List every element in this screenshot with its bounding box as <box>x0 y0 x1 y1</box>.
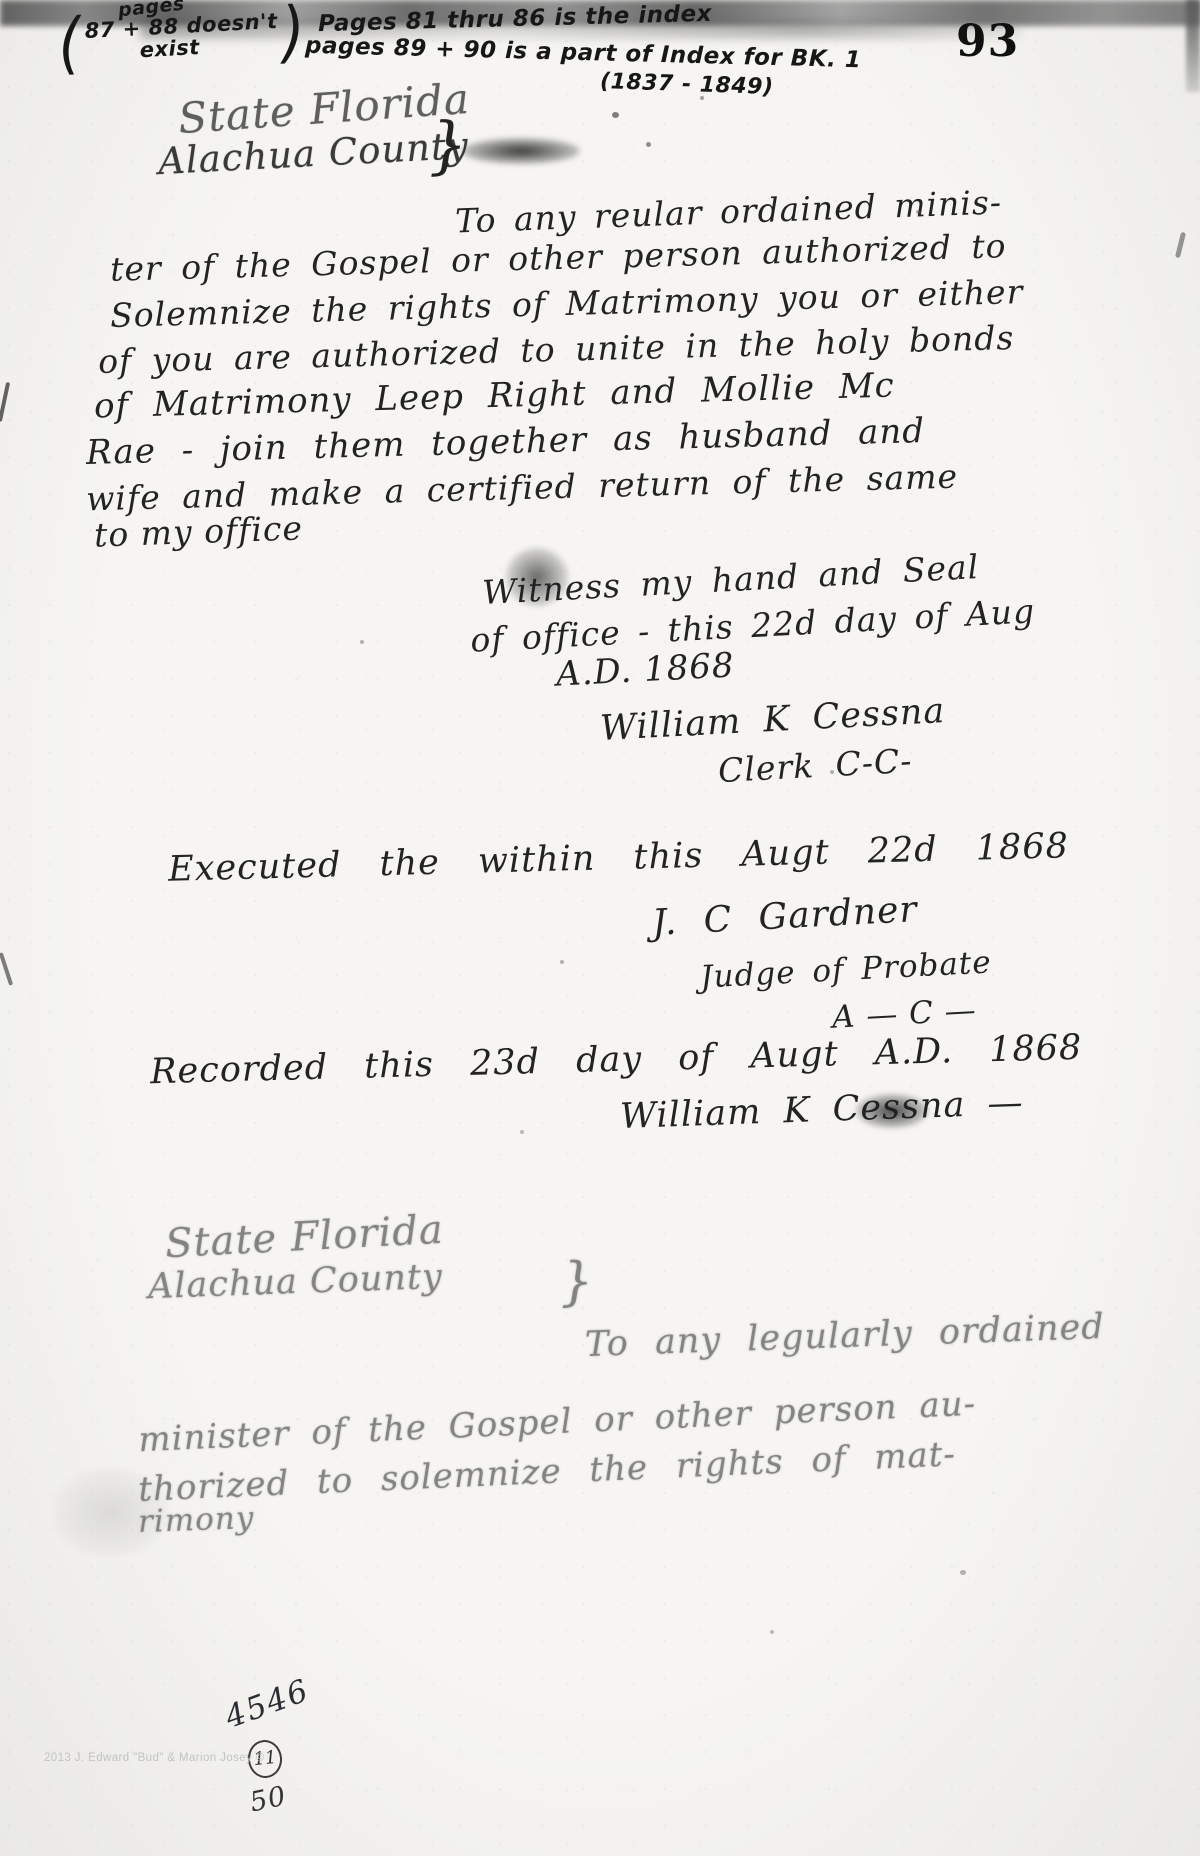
scan-edge-right <box>1186 0 1200 92</box>
ink-speck <box>520 1130 524 1134</box>
archive-number: 4546 <box>220 1672 314 1736</box>
clerk-title: Clerk C-C- <box>717 741 913 790</box>
margin-note-index-line2: pages 89 + 90 is a part of Index for BK.… <box>305 33 862 74</box>
edge-mark-left-1 <box>0 382 10 422</box>
edge-mark-right <box>1175 232 1186 258</box>
ink-speck <box>560 960 564 964</box>
ink-speck <box>360 640 364 644</box>
scanned-document: pages ( 87 + 88 doesn't exist ) Pages 81… <box>0 0 1200 1856</box>
note-lines: 87 + 88 doesn't exist <box>84 10 279 64</box>
ink-speck <box>960 1570 966 1575</box>
heading-brace: } <box>427 107 470 181</box>
recorded-signature: William K Cessna — <box>619 1083 1024 1137</box>
edge-mark-left-2 <box>0 952 13 986</box>
ink-speck <box>646 142 651 147</box>
ink-smudge-heading <box>462 138 580 164</box>
ink-speck <box>612 112 619 118</box>
note-paren-open: ( <box>56 9 83 77</box>
paper-stain <box>52 1466 170 1558</box>
faint-body-line-1: To any legularly ordained <box>584 1307 1105 1365</box>
judge-county: A — C — <box>831 992 977 1036</box>
license-body-line-8: to my office <box>93 508 303 554</box>
margin-note-index-line3: (1837 - 1849) <box>600 69 774 100</box>
clerk-signature: William K Cessna <box>599 691 946 749</box>
judge-title: Judge of Probate <box>699 944 992 995</box>
ink-smudge-signature <box>856 1094 928 1128</box>
note-paren-close: ) <box>280 0 307 65</box>
recorded-clause: Recorded this 23d day of Augt A.D. 1868 <box>150 1028 1083 1092</box>
faint-heading-brace: } <box>559 1251 595 1312</box>
margin-note-pages-missing: ( 87 + 88 doesn't exist ) <box>57 2 307 73</box>
ink-speck <box>700 96 704 100</box>
executed-clause: Executed the within this Augt 22d 1868 <box>168 826 1070 890</box>
ink-speck <box>916 210 921 214</box>
ink-speck <box>770 1630 774 1634</box>
archive-number-lower: 50 <box>247 1781 289 1819</box>
witness-clause-line-3: A.D. 1868 <box>555 645 735 694</box>
copyright-watermark: 2013 J. Edward "Bud" & Marion Josey © <box>44 1752 265 1764</box>
page-number: 93 <box>956 16 1019 67</box>
ink-speck <box>830 770 834 774</box>
judge-signature: J. C Gardner <box>651 889 918 944</box>
